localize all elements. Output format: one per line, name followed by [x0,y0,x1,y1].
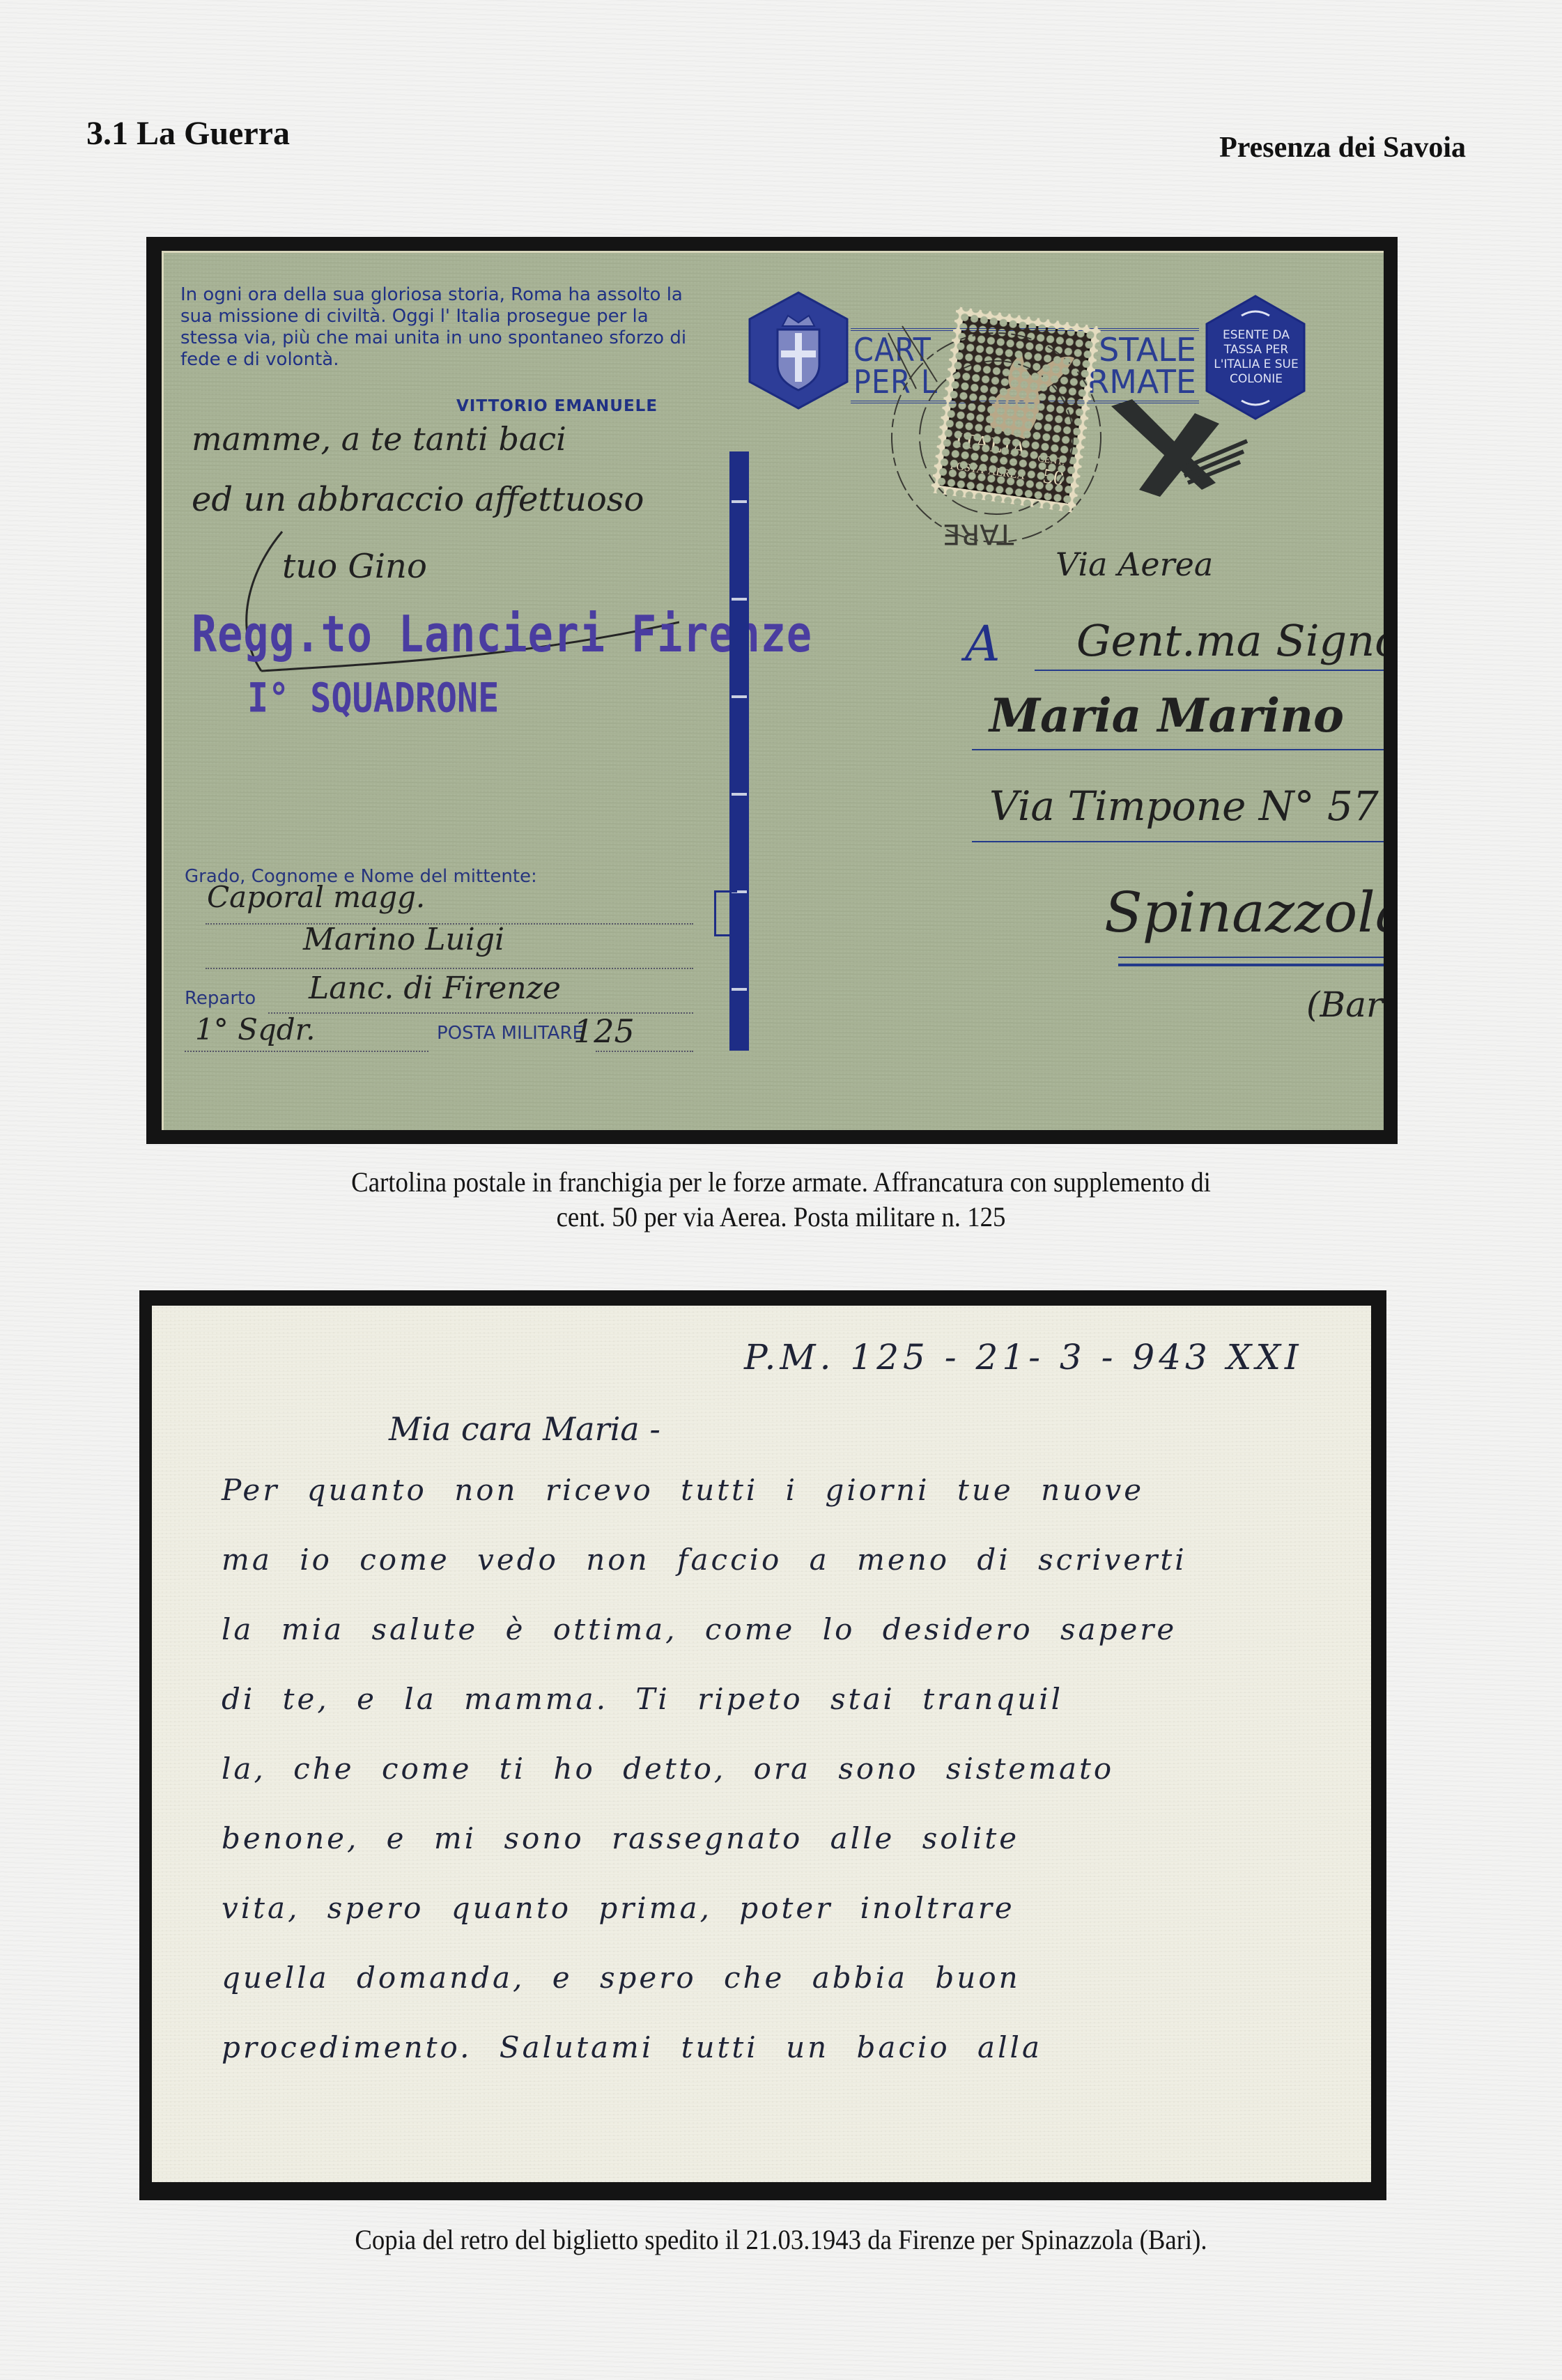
address-recipient: Maria Marino [989,688,1344,743]
letter-frame: P.M. 125 - 21- 3 - 943 XXI Mia cara Mari… [139,1290,1386,2200]
letter-line: procedimento. Salutami tutti un bacio al… [222,2030,1042,2064]
letter-greeting: Mia cara Maria - [389,1410,660,1448]
postcard-front: In ogni ora della sua gloriosa storia, R… [162,251,1384,1130]
address-line-rule [972,841,1384,842]
stamp-value: 50 [1042,465,1065,491]
sender-squadron: 1° Sqdr. [195,1012,315,1046]
postcard-caption: Cartolina postale in franchigia per le f… [63,1165,1500,1235]
airmail-stamp: ITALIA POSTA·AEREA CENT. 50 [930,307,1101,513]
fasces-axe-icon [714,890,737,936]
posta-militare-label: POSTA MILITARE [437,1023,584,1044]
sender-unit: Lanc. di Firenze [309,971,561,1006]
postcard-frame: In ogni ora della sua gloriosa storia, R… [146,237,1398,1144]
letter-heading: P.M. 125 - 21- 3 - 943 XXI [744,1337,1303,1377]
letter-line: la mia salute è ottima, come lo desidero… [222,1612,1177,1646]
card-title-line1-right: STALE [1099,334,1196,366]
address-line-rule [972,749,1384,750]
unit-cachet-line2: I° SQUADRONE [247,678,812,718]
via-aerea-note: Via Aerea [1055,546,1213,583]
postcard-caption-line1: Cartolina postale in franchigia per le f… [63,1165,1500,1200]
dotted-line [596,1051,693,1052]
handwritten-message-line: ed un abbraccio affettuoso [192,480,644,519]
section-title: 3.1 La Guerra [86,114,290,153]
sender-name: Marino Luigi [303,922,504,957]
fasces-divider-icon [729,451,749,1051]
reparto-label: Reparto [185,988,256,1009]
stamp-service: POSTA·AEREA [950,460,1026,483]
letter-line: benone, e mi sono rassegnato alle solite [222,1821,1019,1855]
letter-line: vita, spero quanto prima, poter inoltrar… [222,1891,1015,1925]
dotted-line [185,1051,428,1052]
quote-author: VITTORIO EMANUELE [456,397,658,415]
indicia-text: ESENTE DA TASSA PER L'ITALIA E SUE COLON… [1209,328,1304,387]
letter-line: quella domanda, e spero che abbia buon [222,1961,1021,1995]
unit-cachet: Regg.to Lancieri Firenze I° SQUADRONE [192,610,812,713]
address-prefix: A [965,615,1000,672]
collection-title: Presenza dei Savoia [1219,131,1466,164]
address-street: Via Timpone N° 57 [989,782,1379,830]
svg-text:TARE: TARE [943,518,1014,550]
address-line-rule [1118,957,1384,958]
savoy-crest-icon [746,291,851,410]
letter-line: ma io come vedo non faccio a meno di scr… [222,1543,1187,1577]
address-province: (Bari) [1306,984,1384,1025]
letter-caption: Copia del retro del biglietto spedito il… [63,2223,1500,2257]
address-salutation: Gent.ma Signora [1076,615,1384,666]
address-line-rule [1118,964,1384,966]
handwritten-message-line: mamme, a te tanti baci [192,420,566,458]
address-line-rule [1035,670,1384,671]
unit-cachet-line1: Regg.to Lancieri Firenze [192,610,812,660]
letter-line: Per quanto non ricevo tutti i giorni tue… [222,1473,1144,1507]
letter-line: la, che come ti ho detto, ora sono siste… [222,1752,1114,1786]
dotted-line [206,968,693,969]
posta-militare-number: 125 [573,1012,635,1050]
printed-quote: In ogni ora della sua gloriosa storia, R… [180,284,689,371]
airplane-cachet-icon [1097,392,1251,504]
letter-line: di te, e la mamma. Ti ripeto stai tranqu… [222,1682,1063,1716]
sender-rank: Caporal magg. [207,880,425,914]
letter-page: P.M. 125 - 21- 3 - 943 XXI Mia cara Mari… [152,1306,1371,2182]
address-city: Spinazzola [1104,880,1384,945]
postcard-caption-line2: cent. 50 per via Aerea. Posta militare n… [63,1200,1500,1235]
